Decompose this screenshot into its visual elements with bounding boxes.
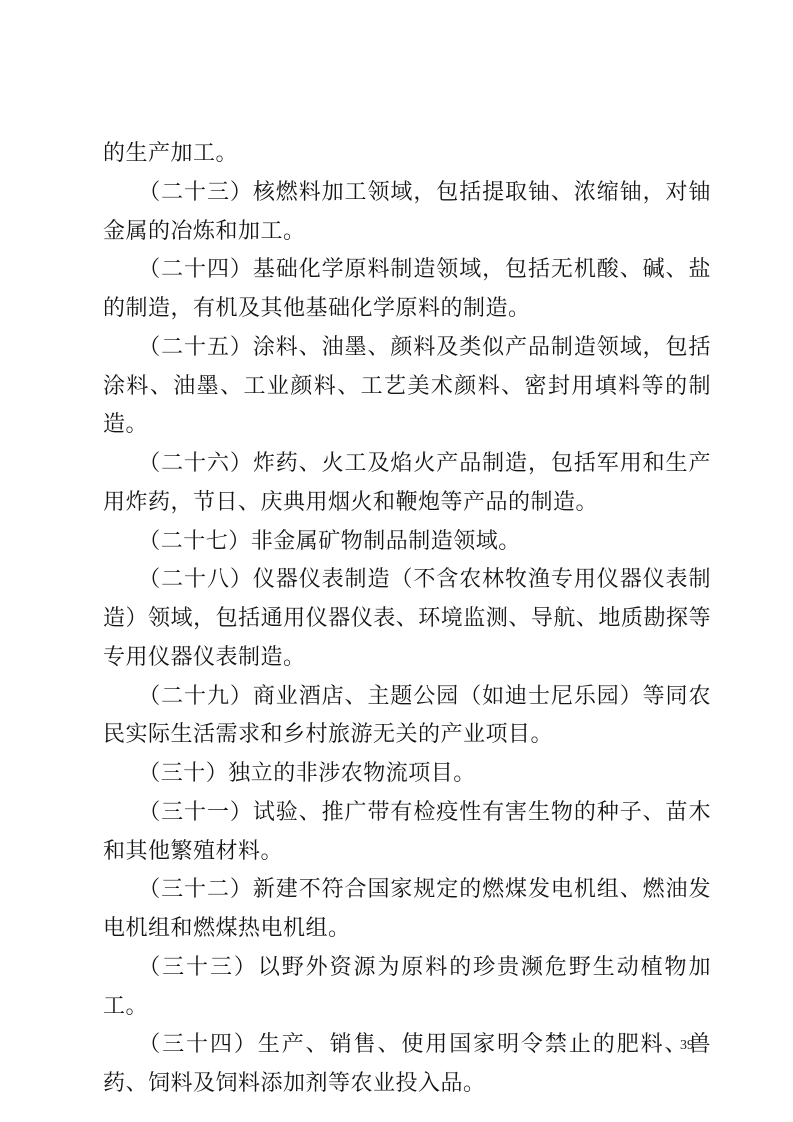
paragraph-item-23: （二十三）核燃料加工领域，包括提取铀、浓缩铀，对铀金属的冶炼和加工。 — [103, 173, 711, 251]
document-page: 的生产加工。 （二十三）核燃料加工领域，包括提取铀、浓缩铀，对铀金属的冶炼和加工… — [0, 0, 793, 1122]
paragraph-item-26: （二十六）炸药、火工及焰火产品制造，包括军用和生产用炸药，节日、庆典用烟火和鞭炮… — [103, 444, 711, 522]
page-number: 39 — [680, 1038, 694, 1054]
paragraph-item-32: （三十二）新建不符合国家规定的燃煤发电机组、燃油发电机组和燃煤热电机组。 — [103, 870, 711, 948]
paragraph-item-27: （二十七）非金属矿物制品制造领域。 — [103, 522, 711, 561]
paragraph-item-31: （三十一）试验、推广带有检疫性有害生物的种子、苗木和其他繁殖材料。 — [103, 793, 711, 871]
paragraph-item-24: （二十四）基础化学原料制造领域，包括无机酸、碱、盐的制造，有机及其他基础化学原料… — [103, 250, 711, 328]
paragraph-continuation: 的生产加工。 — [103, 134, 711, 173]
paragraph-item-34: （三十四）生产、销售、使用国家明令禁止的肥料、兽药、饲料及饲料添加剂等农业投入品… — [103, 1025, 711, 1103]
paragraph-item-30: （三十）独立的非涉农物流项目。 — [103, 754, 711, 793]
paragraph-item-33: （三十三）以野外资源为原料的珍贵濒危野生动植物加工。 — [103, 948, 711, 1026]
paragraph-item-29: （二十九）商业酒店、主题公园（如迪士尼乐园）等同农民实际生活需求和乡村旅游无关的… — [103, 677, 711, 755]
paragraph-item-25: （二十五）涂料、油墨、颜料及类似产品制造领域，包括涂料、油墨、工业颜料、工艺美术… — [103, 328, 711, 444]
document-body: 的生产加工。 （二十三）核燃料加工领域，包括提取铀、浓缩铀，对铀金属的冶炼和加工… — [103, 134, 711, 1103]
paragraph-item-28: （二十八）仪器仪表制造（不含农林牧渔专用仪器仪表制造）领域，包括通用仪器仪表、环… — [103, 560, 711, 676]
